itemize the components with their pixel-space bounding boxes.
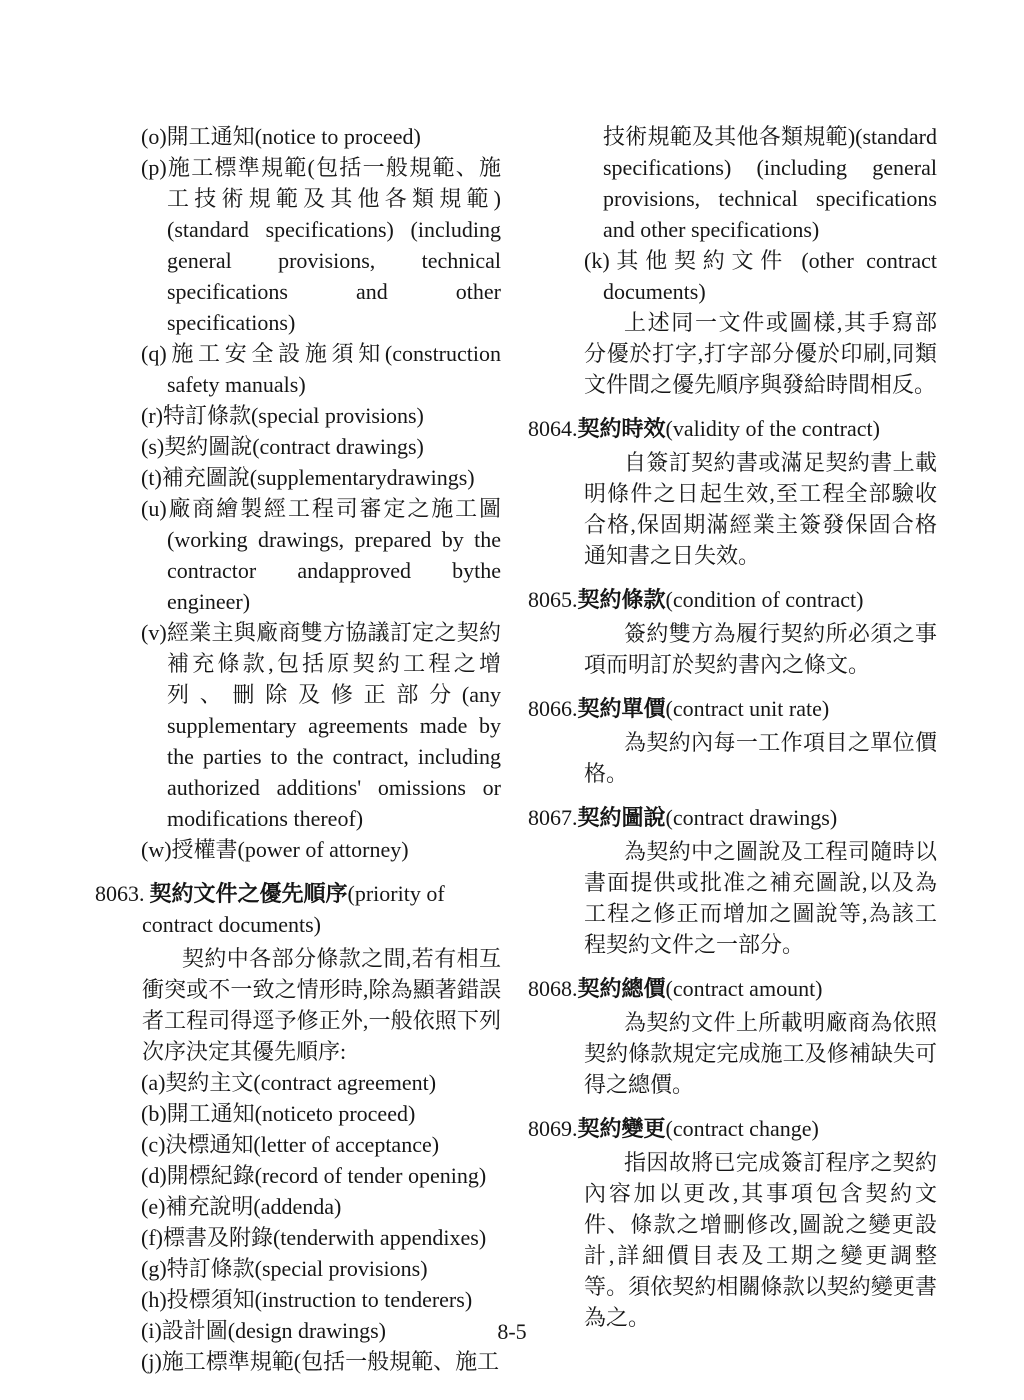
list-item: (v)經業主與廠商雙方協議訂定之契約補充條款,包括原契約工程之增列、刪除及修正部…: [141, 617, 501, 834]
entry-heading: 8064.契約時效(validity of the contract): [528, 413, 937, 444]
entry-term: 契約時效: [578, 416, 666, 441]
entry-term-en: (contract unit rate): [666, 696, 830, 721]
entry-heading: 8067.契約圖說(contract drawings): [528, 802, 937, 833]
list-item: (e)補充說明(addenda): [141, 1191, 501, 1222]
list-item: (g)特訂條款(special provisions): [141, 1253, 501, 1284]
two-column-layout: (o)開工通知(notice to proceed) (p)施工標準規範(包括一…: [95, 121, 937, 1377]
list-item: (d)開標紀錄(record of tender opening): [141, 1160, 501, 1191]
list-item: (c)決標通知(letter of acceptance): [141, 1129, 501, 1160]
entry-number: 8069.: [528, 1116, 578, 1141]
entry-term-en: (contract drawings): [666, 805, 838, 830]
entry-term-en: (contract change): [666, 1116, 819, 1141]
entry-8069: 8069.契約變更(contract change) 指因故將已完成簽訂程序之契…: [528, 1113, 937, 1333]
entry-number: 8064.: [528, 416, 578, 441]
list-item: (r)特訂條款(special provisions): [141, 400, 501, 431]
entry-body: 指因故將已完成簽訂程序之契約內容加以更改,其事項包含契約文件、條款之增刪修改,圖…: [584, 1147, 937, 1333]
entry-8068: 8068.契約總價(contract amount) 為契約文件上所載明廠商為依…: [528, 973, 937, 1100]
list-item: (b)開工通知(noticeto proceed): [141, 1098, 501, 1129]
entry-body: 為契約中之圖說及工程司隨時以書面提供或批准之補充圖說,以及為工程之修正而增加之圖…: [584, 836, 937, 960]
entry-body: 簽約雙方為履行契約所必須之事項而明訂於契約書內之條文。: [584, 618, 937, 680]
entry-body: 為契約文件上所載明廠商為依照契約條款規定完成施工及修補缺失可得之總價。: [584, 1007, 937, 1100]
list-item: (f)標書及附錄(tenderwith appendixes): [141, 1222, 501, 1253]
entry-8065: 8065.契約條款(condition of contract) 簽約雙方為履行…: [528, 584, 937, 680]
entry-body: 契約中各部分條款之間,若有相互衝突或不一致之情形時,除為顯著錯誤者工程司得逕予修…: [142, 943, 501, 1067]
left-column: (o)開工通知(notice to proceed) (p)施工標準規範(包括一…: [95, 121, 501, 1377]
list-item: (p)施工標準規範(包括一般規範、施工技術規範及其他各類規範)(standard…: [141, 152, 501, 338]
entry-8064: 8064.契約時效(validity of the contract) 自簽訂契…: [528, 413, 937, 571]
list-item: (u)廠商繪製經工程司審定之施工圖(working drawings, prep…: [141, 493, 501, 617]
list-item: (h)投標須知(instruction to tenderers): [141, 1284, 501, 1315]
list-item: (j)施工標準規範(包括一般規範、施工: [141, 1346, 501, 1377]
entry-term: 契約圖說: [578, 805, 666, 830]
list-items-o-to-w: (o)開工通知(notice to proceed) (p)施工標準規範(包括一…: [141, 121, 501, 865]
entry-8066: 8066.契約單價(contract unit rate) 為契約內每一工作項目…: [528, 693, 937, 789]
entry-term: 契約變更: [578, 1116, 666, 1141]
entry-term: 契約條款: [578, 587, 666, 612]
list-item: (o)開工通知(notice to proceed): [141, 121, 501, 152]
entry-heading: 8065.契約條款(condition of contract): [528, 584, 937, 615]
entry-heading: 8068.契約總價(contract amount): [528, 973, 937, 1004]
entry-term-en: (validity of the contract): [666, 416, 880, 441]
list-item: (k)其他契約文件 (other contract documents): [584, 245, 937, 307]
entry-term: 契約單價: [578, 696, 666, 721]
entry-body: 自簽訂契約書或滿足契約書上載明條件之日起生效,至工程全部驗收合格,保固期滿經業主…: [584, 447, 937, 571]
list-item: (s)契約圖說(contract drawings): [141, 431, 501, 462]
entry-number: 8068.: [528, 976, 578, 1001]
list-item: (a)契約主文(contract agreement): [141, 1067, 501, 1098]
document-page: (o)開工通知(notice to proceed) (p)施工標準規範(包括一…: [0, 0, 1024, 1400]
entry-body: 為契約內每一工作項目之單位價格。: [584, 727, 937, 789]
entry-term: 契約總價: [578, 976, 666, 1001]
entry-8063: 8063.契約文件之優先順序(priority of contract docu…: [95, 878, 501, 1377]
entry-number: 8067.: [528, 805, 578, 830]
entry-heading: 8069.契約變更(contract change): [528, 1113, 937, 1144]
entry-term-en: (condition of contract): [666, 587, 864, 612]
entry-8067: 8067.契約圖說(contract drawings) 為契約中之圖說及工程司…: [528, 802, 937, 960]
entry-term-en: (contract amount): [666, 976, 823, 1001]
list-item-continuation: 技術規範及其他各類規範)(standard specifications) (i…: [603, 121, 937, 245]
entry-number: 8065.: [528, 587, 578, 612]
entry-number: 8063.: [95, 881, 145, 906]
entry-number: 8066.: [528, 696, 578, 721]
list-item: (t)補充圖說(supplementarydrawings): [141, 462, 501, 493]
entry-heading: 8063.契約文件之優先順序(priority of contract docu…: [95, 878, 501, 940]
list-item-k: (k)其他契約文件 (other contract documents): [584, 245, 937, 307]
note-paragraph: 上述同一文件或圖樣,其手寫部分優於打字,打字部分優於印刷,同類文件間之優先順序與…: [584, 307, 937, 400]
page-number: 8-5: [0, 1316, 1024, 1347]
list-item: (q)施工安全設施須知(construction safety manuals): [141, 338, 501, 400]
entry-heading: 8066.契約單價(contract unit rate): [528, 693, 937, 724]
list-item: (w)授權書(power of attorney): [141, 834, 501, 865]
right-column: 技術規範及其他各類規範)(standard specifications) (i…: [528, 121, 937, 1377]
entry-term: 契約文件之優先順序: [150, 881, 348, 906]
